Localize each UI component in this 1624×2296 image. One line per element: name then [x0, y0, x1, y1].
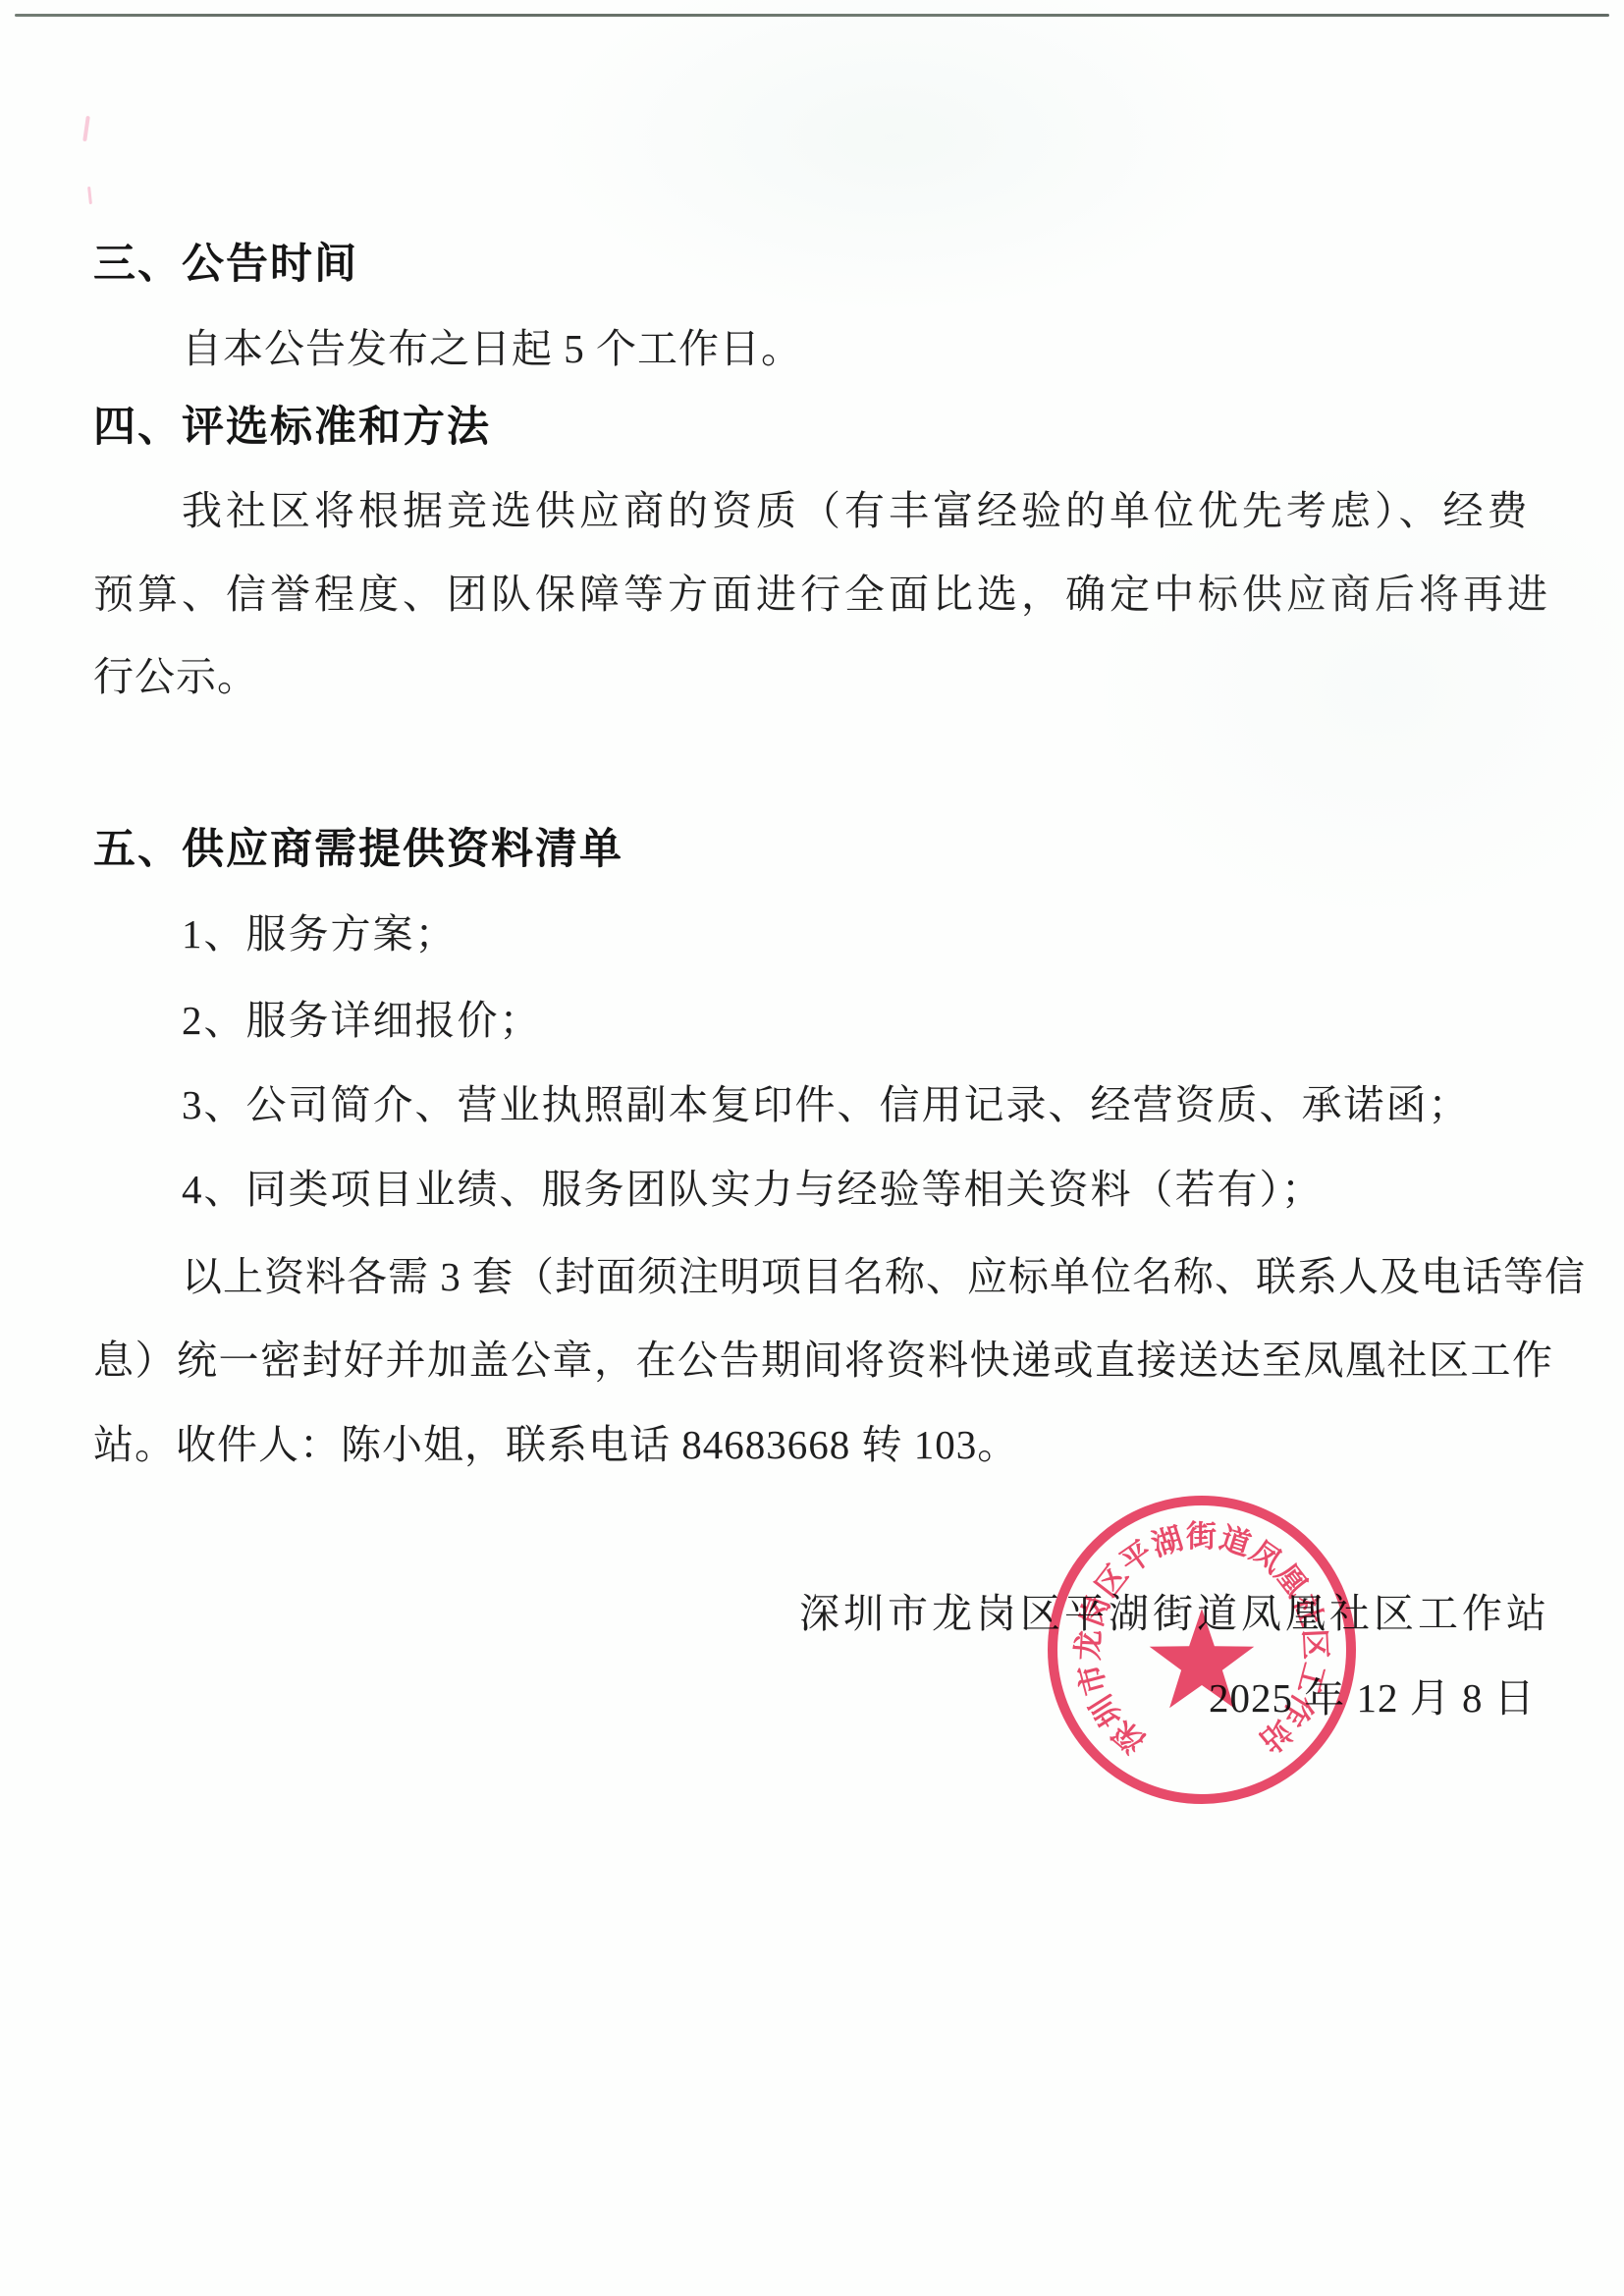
section-heading-5: 五、供应商需提供资料清单 — [93, 827, 623, 872]
list-item: 3、公司简介、营业执照副本复印件、信用记录、经营资质、承诺函； — [182, 1082, 1471, 1127]
body-line: 行公示。 — [93, 654, 258, 699]
document-page: 三、公告时间 自本公告发布之日起 5 个工作日。 四、评选标准和方法 我社区将根… — [0, 0, 1624, 2296]
body-line contact-line: 站。收件人：陈小姐，联系电话 84683668 转 103。 — [93, 1422, 1018, 1467]
body-line: 息）统一密封好并加盖公章，在公告期间将资料快递或直接送达至凤凰社区工作 — [93, 1338, 1554, 1383]
body-line: 自本公告发布之日起 5 个工作日。 — [182, 326, 802, 371]
red-ink-speck — [82, 116, 90, 141]
red-ink-speck — [87, 187, 92, 204]
scan-edge-line — [15, 14, 1609, 17]
body-line: 以上资料各需 3 套（封面须注明项目名称、应标单位名称、联系人及电话等信 — [182, 1254, 1586, 1299]
official-seal-stamp: 深圳市龙岗区平湖街道凤凰社区工作站 — [1035, 1483, 1369, 1817]
section-heading-4: 四、评选标准和方法 — [93, 405, 491, 450]
list-item: 1、服务方案； — [182, 911, 458, 957]
list-item: 4、同类项目业绩、服务团队实力与经验等相关资料（若有）； — [182, 1167, 1324, 1212]
star-icon — [1150, 1609, 1255, 1708]
body-line: 预算、信誉程度、团队保障等方面进行全面比选，确定中标供应商后将再进 — [93, 572, 1551, 617]
section-heading-3: 三、公告时间 — [93, 242, 358, 287]
body-line: 我社区将根据竞选供应商的资质（有丰富经验的单位优先考虑）、经费 — [182, 488, 1532, 533]
list-item: 2、服务详细报价； — [182, 998, 542, 1043]
